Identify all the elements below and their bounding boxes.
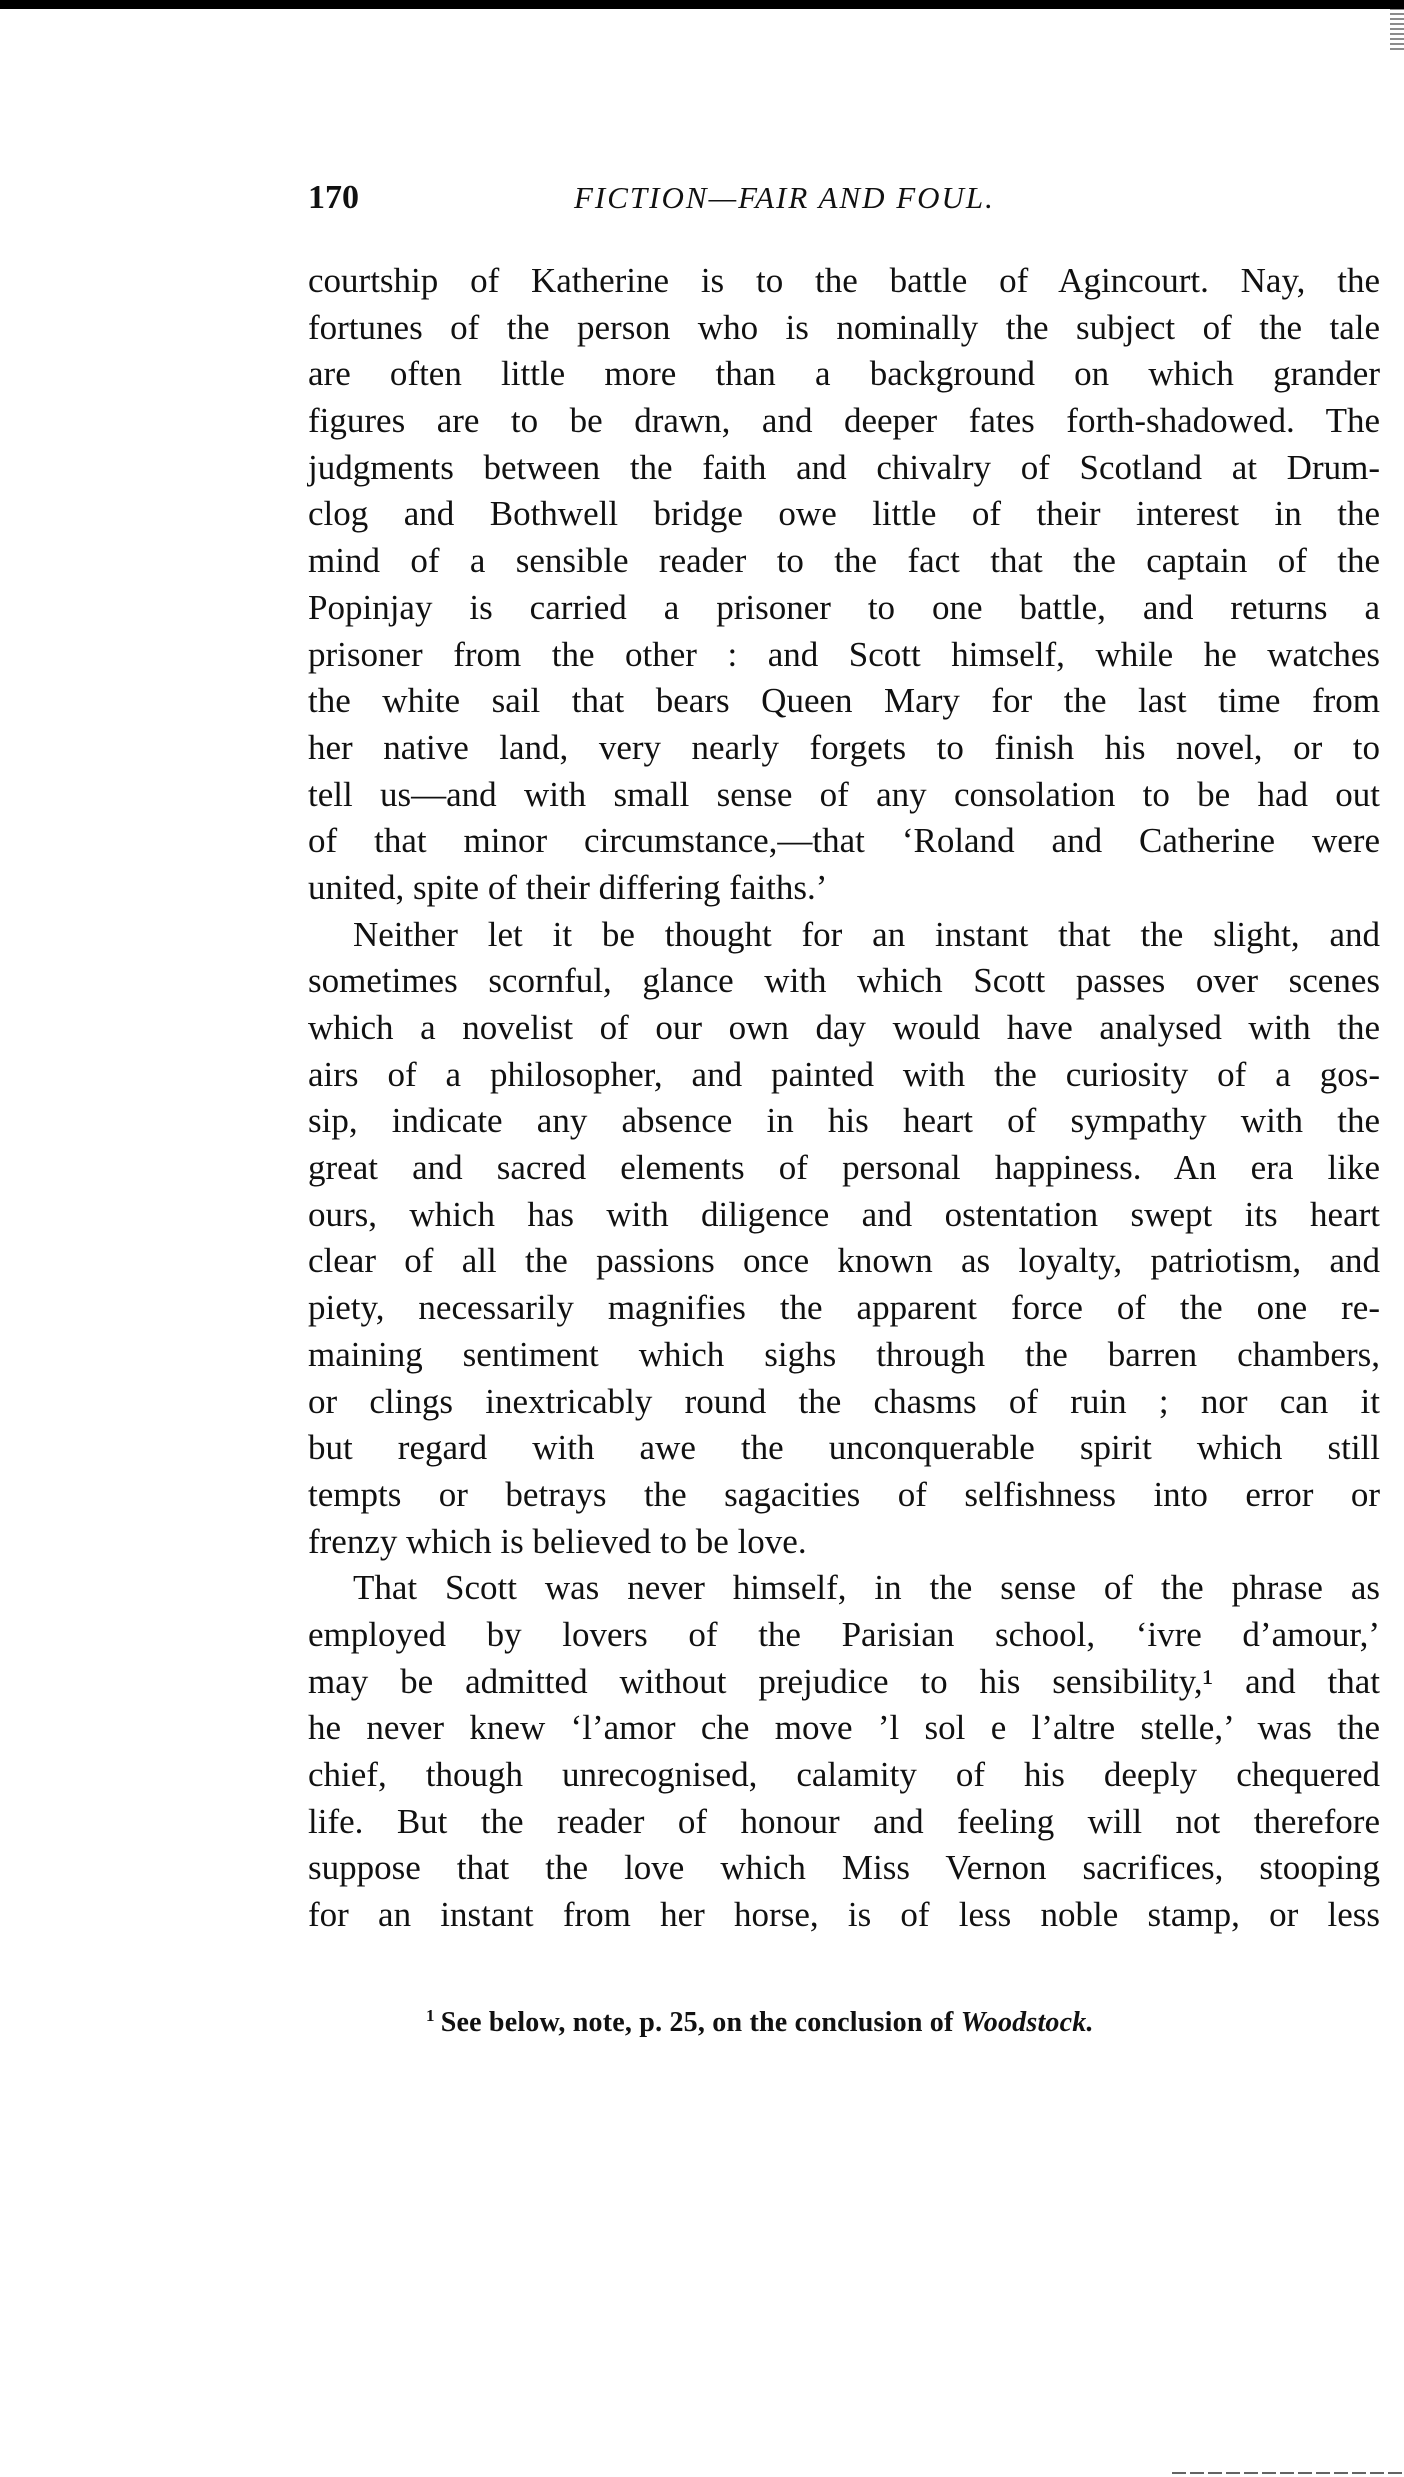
- text-line: ours, which has with diligence and osten…: [308, 1192, 1380, 1239]
- text-line: tempts or betrays the sagacities of self…: [308, 1472, 1380, 1519]
- text-line: Neither let it be thought for an instant…: [308, 912, 1380, 959]
- body-text: courtship of Katherine is to the battle …: [308, 258, 1380, 1939]
- text-line: courtship of Katherine is to the battle …: [308, 258, 1380, 305]
- footnote-marker: 1: [426, 2006, 435, 2025]
- text-line: sip, indicate any absence in his heart o…: [308, 1098, 1380, 1145]
- scan-noise-corner: [1390, 8, 1404, 52]
- text-line: sometimes scornful, glance with which Sc…: [308, 958, 1380, 1005]
- text-line: judgments between the faith and chivalry…: [308, 445, 1380, 492]
- text-line: her native land, very nearly forgets to …: [308, 725, 1380, 772]
- text-line: are often little more than a background …: [308, 351, 1380, 398]
- text-line: frenzy which is believed to be love.: [308, 1519, 1380, 1566]
- text-line: of that minor circumstance,—that ‘Roland…: [308, 818, 1380, 865]
- page-number: 170: [308, 178, 359, 218]
- text-line: he never knew ‘l’amor che move ’l sol e …: [308, 1705, 1380, 1752]
- text-line: clog and Bothwell bridge owe little of t…: [308, 491, 1380, 538]
- text-line: Popinjay is carried a prisoner to one ba…: [308, 585, 1380, 632]
- footnote: 1See below, note, p. 25, on the conclusi…: [426, 1996, 1094, 2043]
- text-line: prisoner from the other : and Scott hims…: [308, 632, 1380, 679]
- text-line: piety, necessarily magnifies the apparen…: [308, 1285, 1380, 1332]
- text-line: employed by lovers of the Parisian schoo…: [308, 1612, 1380, 1659]
- scan-edge-bottom: [1172, 2472, 1404, 2474]
- text-line: clear of all the passions once known as …: [308, 1238, 1380, 1285]
- text-line: but regard with awe the unconquerable sp…: [308, 1425, 1380, 1472]
- text-line: united, spite of their differing faiths.…: [308, 865, 1380, 912]
- scan-edge-top: [0, 0, 1404, 9]
- text-line: chief, though unrecognised, calamity of …: [308, 1752, 1380, 1799]
- text-line: life. But the reader of honour and feeli…: [308, 1799, 1380, 1846]
- text-line: the white sail that bears Queen Mary for…: [308, 678, 1380, 725]
- text-line: figures are to be drawn, and deeper fate…: [308, 398, 1380, 445]
- text-line: maining sentiment which sighs through th…: [308, 1332, 1380, 1379]
- text-line: suppose that the love which Miss Vernon …: [308, 1845, 1380, 1892]
- running-head: 170 FICTION—FAIR AND FOUL.: [308, 178, 1380, 218]
- footnote-title-italic: Woodstock.: [961, 2007, 1094, 2038]
- text-line: That Scott was never himself, in the sen…: [308, 1565, 1380, 1612]
- text-line: tell us—and with small sense of any cons…: [308, 772, 1380, 819]
- text-line: for an instant from her horse, is of les…: [308, 1892, 1380, 1939]
- text-line: or clings inextricably round the chasms …: [308, 1379, 1380, 1426]
- running-title: FICTION—FAIR AND FOUL.: [574, 178, 995, 218]
- text-line: which a novelist of our own day would ha…: [308, 1005, 1380, 1052]
- text-line: great and sacred elements of personal ha…: [308, 1145, 1380, 1192]
- footnote-text: See below, note, p. 25, on the conclusio…: [441, 2007, 961, 2038]
- text-line: fortunes of the person who is nominally …: [308, 305, 1380, 352]
- text-line: may be admitted without prejudice to his…: [308, 1659, 1380, 1706]
- text-line: mind of a sensible reader to the fact th…: [308, 538, 1380, 585]
- text-line: airs of a philosopher, and painted with …: [308, 1052, 1380, 1099]
